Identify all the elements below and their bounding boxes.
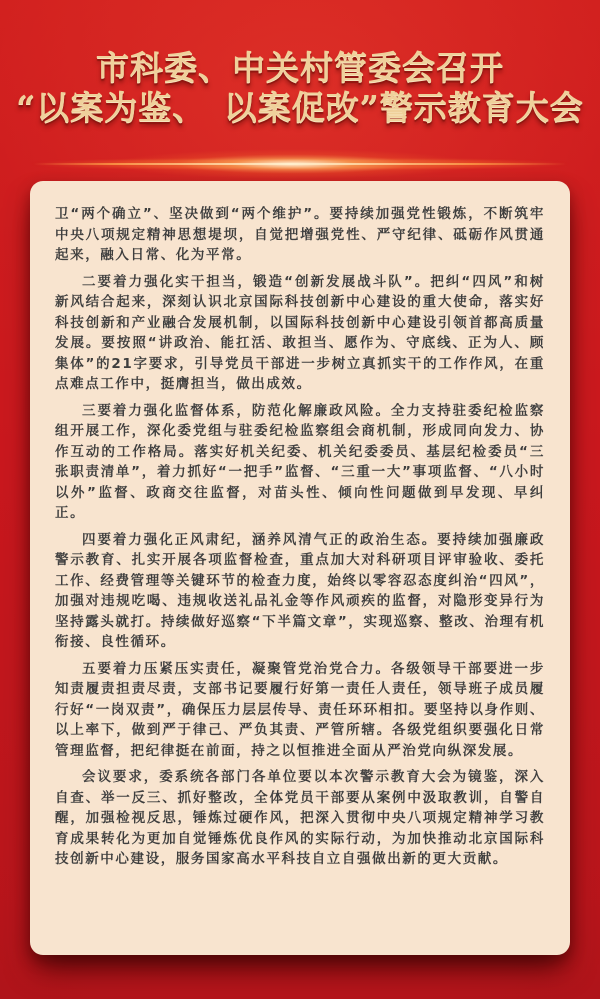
article-paragraph-4: 四要着力强化正风肃纪，涵养风清气正的政治生态。要持续加强廉政警示教育、扎实开展各… (55, 530, 545, 653)
article-paragraph-1: 卫“两个确立”、坚决做到“两个维护”。要持续加强党性锻炼，不断筑牢中央八项规定精… (55, 204, 545, 266)
article-paragraph-2: 二要着力强化实干担当，锻造“创新发展战斗队”。把纠“四风”和树新风结合起来，深刻… (55, 272, 545, 395)
poster-title: 市科委、中关村管委会召开 “以案为鉴、 以案促改”警示教育大会 (0, 48, 600, 128)
article-paragraph-5: 五要着力压紧压实责任，凝聚管党治党合力。各级领导干部要进一步知责履责担责尽责，支… (55, 659, 545, 762)
content-panel: 卫“两个确立”、坚决做到“两个维护”。要持续加强党性锻炼，不断筑牢中央八项规定精… (30, 181, 570, 955)
light-flare-line-decoration (34, 163, 566, 165)
poster-background: 市科委、中关村管委会召开 “以案为鉴、 以案促改”警示教育大会 卫“两个确立”、… (0, 0, 600, 999)
poster-title-line-2: “以案为鉴、 以案促改”警示教育大会 (0, 88, 600, 128)
poster-title-line-1: 市科委、中关村管委会召开 (0, 48, 600, 88)
article-paragraph-6: 会议要求，委系统各部门各单位要以本次警示教育大会为镜鉴，深入自查、举一反三、抓好… (55, 767, 545, 870)
article-paragraph-3: 三要着力强化监督体系，防范化解廉政风险。全力支持驻委纪检监察组开展工作，深化委党… (55, 401, 545, 524)
